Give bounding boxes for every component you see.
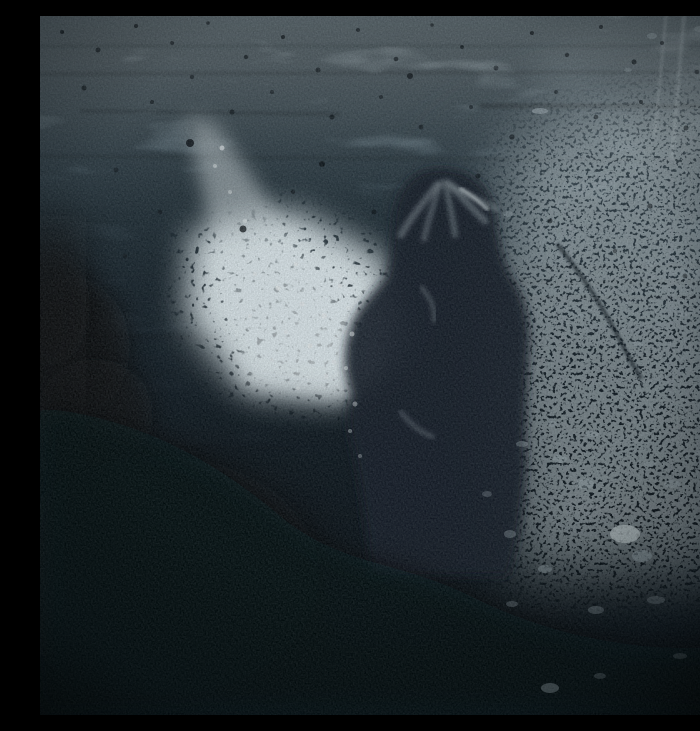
- photo: [40, 16, 700, 715]
- photo-svg: [40, 16, 700, 715]
- vignette: [40, 16, 700, 715]
